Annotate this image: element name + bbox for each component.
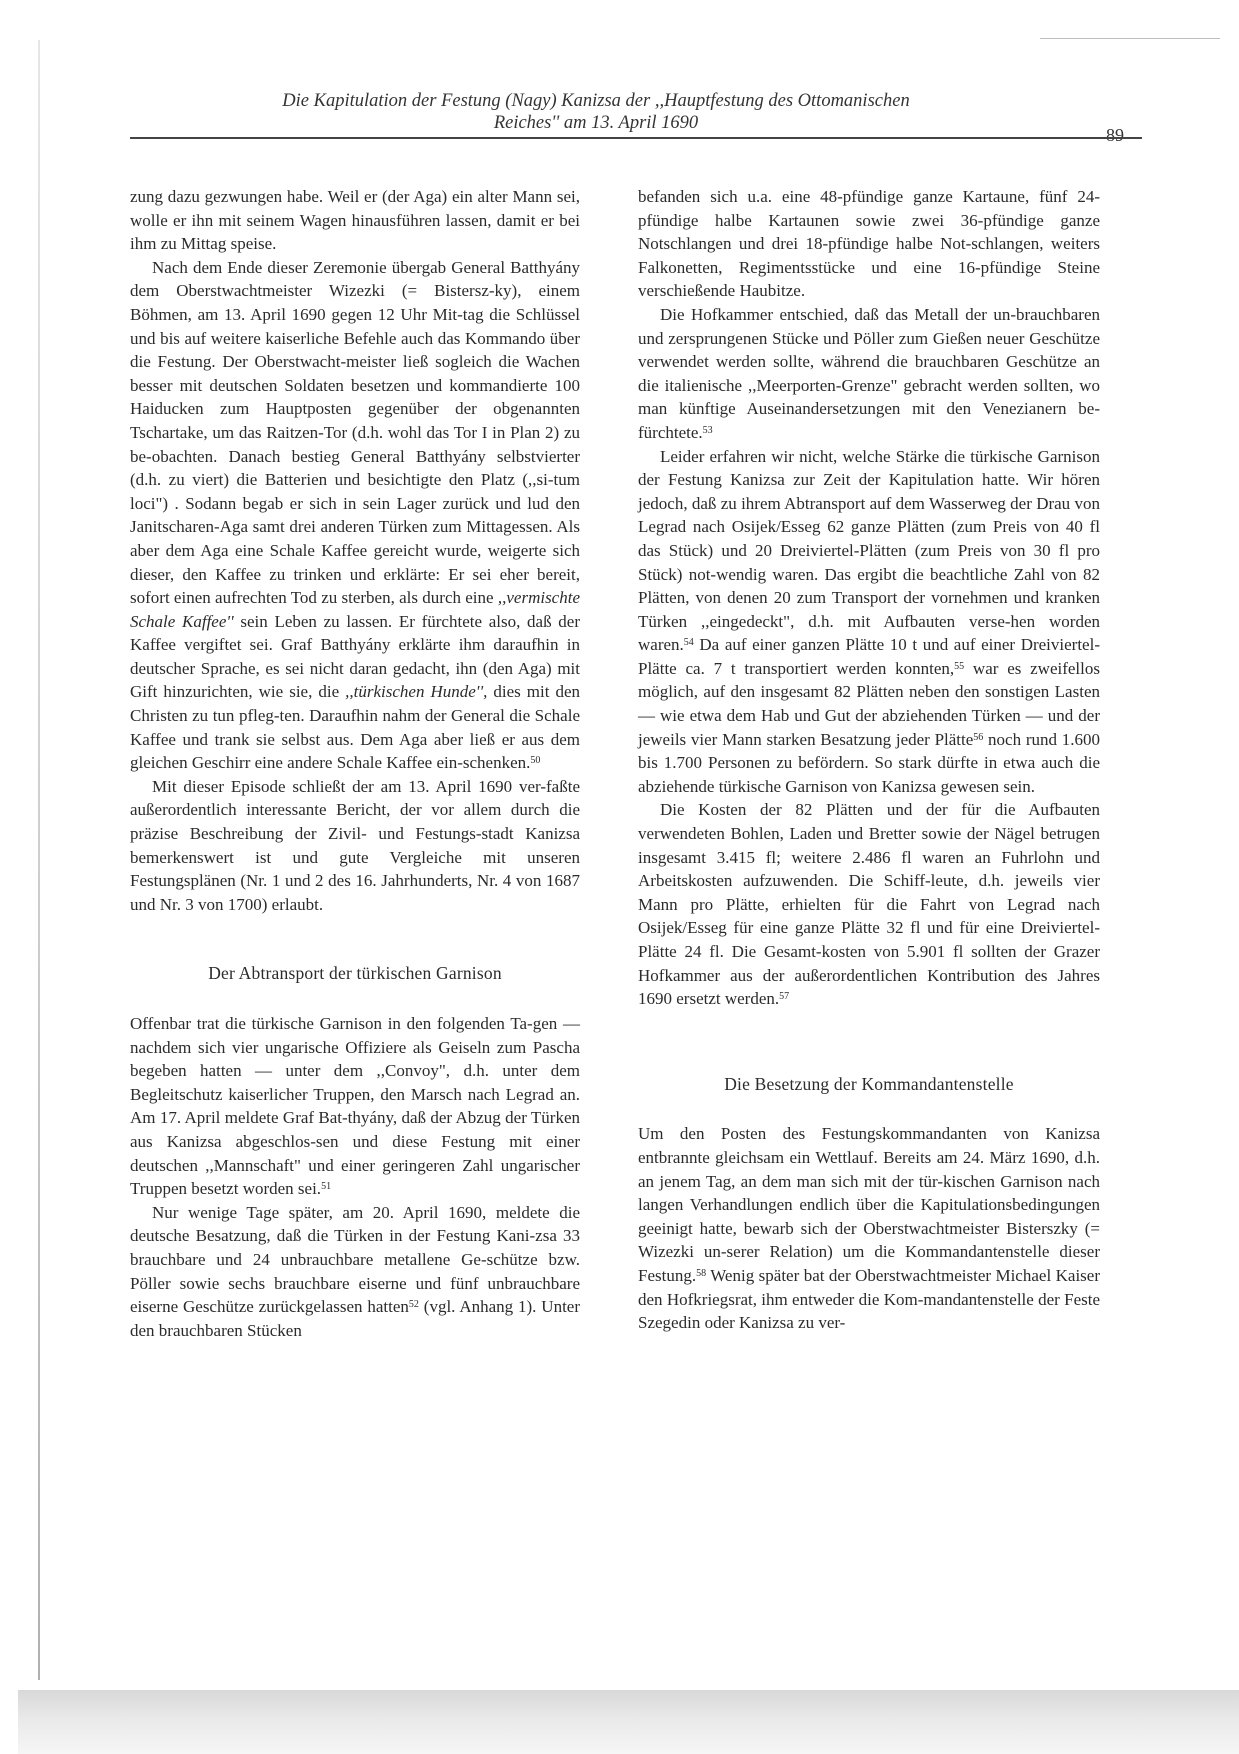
paragraph: Die Kosten der 82 Plätten und der für di… (638, 798, 1100, 1010)
footnote-ref: 52 (409, 1299, 419, 1310)
footnote-ref: 58 (696, 1268, 706, 1279)
paragraph-text: Die Hofkammer entschied, daß das Metall … (638, 305, 1100, 442)
footnote-ref: 55 (954, 661, 964, 672)
scanned-page: Die Kapitulation der Festung (Nagy) Kani… (0, 0, 1239, 1754)
page-number: 89 (1106, 125, 1124, 146)
running-header: Die Kapitulation der Festung (Nagy) Kani… (130, 90, 1142, 134)
running-title-line-2: Reiches'' am 13. April 1690 (130, 112, 1062, 134)
paragraph-text: Um den Posten des Festungskommandanten v… (638, 1124, 1100, 1285)
paragraph-text: Wenig später bat der Oberstwachtmeister … (638, 1266, 1100, 1332)
paragraph-text: Die Kosten der 82 Plätten und der für di… (638, 800, 1100, 1008)
footnote-ref: 53 (703, 425, 713, 436)
scan-bottom-shadow (18, 1690, 1239, 1754)
page-top-edge (1040, 38, 1220, 39)
header-rule (130, 137, 1142, 139)
binding-edge (38, 40, 40, 1680)
running-title: Die Kapitulation der Festung (Nagy) Kani… (130, 90, 1142, 134)
paragraph: zung dazu gezwungen habe. Weil er (der A… (130, 185, 580, 256)
paragraph: befanden sich u.a. eine 48-pfündige ganz… (638, 185, 1100, 303)
right-column: befanden sich u.a. eine 48-pfündige ganz… (638, 185, 1100, 1335)
footnote-ref: 54 (684, 637, 694, 648)
paragraph-text: Leider erfahren wir nicht, welche Stärke… (638, 447, 1100, 655)
paragraph: Die Hofkammer entschied, daß das Metall … (638, 303, 1100, 445)
paragraph-text: Nach dem Ende dieser Zeremonie übergab G… (130, 258, 580, 607)
section-heading: Der Abtransport der türkischen Garnison (130, 962, 580, 986)
left-column: zung dazu gezwungen habe. Weil er (der A… (130, 185, 580, 1342)
paragraph: Nur wenige Tage später, am 20. April 169… (130, 1201, 580, 1343)
footnote-ref: 56 (973, 732, 983, 743)
paragraph: Leider erfahren wir nicht, welche Stärke… (638, 445, 1100, 799)
running-title-line-1: Die Kapitulation der Festung (Nagy) Kani… (130, 90, 1062, 112)
footnote-ref: 51 (321, 1181, 331, 1192)
italic-quote: ,,türkischen Hunde'', (345, 682, 487, 701)
section-heading: Die Besetzung der Kommandantenstelle (638, 1073, 1100, 1097)
paragraph-text: Offenbar trat die türkische Garnison in … (130, 1014, 580, 1198)
footnote-ref: 57 (779, 991, 789, 1002)
paragraph: Offenbar trat die türkische Garnison in … (130, 1012, 580, 1201)
footnote-ref: 50 (530, 755, 540, 766)
paragraph: Um den Posten des Festungskommandanten v… (638, 1122, 1100, 1334)
paragraph: Mit dieser Episode schließt der am 13. A… (130, 775, 580, 917)
paragraph: Nach dem Ende dieser Zeremonie übergab G… (130, 256, 580, 775)
